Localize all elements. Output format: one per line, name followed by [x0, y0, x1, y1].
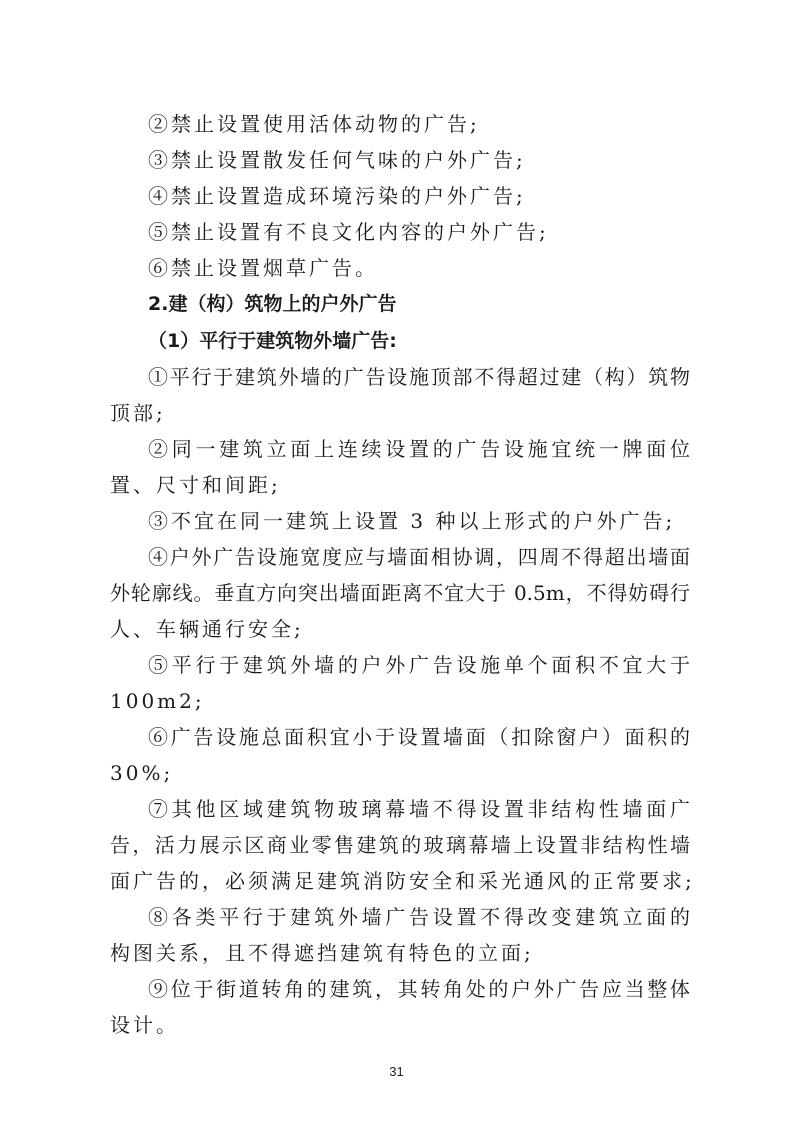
- paragraph-line: 面广告的，必须满足建筑消防安全和采光通风的正常要求;: [110, 868, 690, 894]
- paragraph-line: ⑨位于街道转角的建筑，其转角处的户外广告应当整体: [148, 976, 690, 1002]
- section-heading: 2.建（构）筑物上的户外广告: [148, 291, 728, 317]
- paragraph-line: ⑧各类平行于建筑外墙广告设置不得改变建筑立面的: [148, 904, 690, 930]
- paragraph-line: 设计。: [110, 1012, 690, 1038]
- paragraph-line: ④户外广告设施宽度应与墙面相协调，四周不得超出墙面: [148, 544, 690, 570]
- paragraph-line: 告，活力展示区商业零售建筑的玻璃幕墙上设置非结构性墙: [110, 832, 690, 858]
- paragraph-line: 30%;: [110, 760, 690, 786]
- section-heading: （1）平行于建筑物外墙广告:: [148, 328, 728, 354]
- paragraph-line: 人、车辆通行安全;: [110, 616, 690, 642]
- paragraph-line: ①平行于建筑外墙的广告设施顶部不得超过建（构）筑物: [148, 364, 690, 390]
- paragraph-line: 置、尺寸和间距;: [110, 472, 690, 498]
- paragraph-line: ⑥禁止设置烟草广告。: [148, 255, 728, 281]
- paragraph-line: ③不宜在同一建筑上设置 3 种以上形式的户外广告;: [148, 508, 728, 534]
- paragraph-line: ②禁止设置使用活体动物的广告;: [148, 111, 728, 137]
- paragraph-line: 100m2;: [110, 688, 690, 714]
- page-number: 31: [0, 1064, 793, 1079]
- document-page: ②禁止设置使用活体动物的广告;③禁止设置散发任何气味的户外广告;④禁止设置造成环…: [0, 0, 793, 1122]
- paragraph-line: ④禁止设置造成环境污染的户外广告;: [148, 183, 728, 209]
- paragraph-line: 构图关系，且不得遮挡建筑有特色的立面;: [110, 940, 690, 966]
- paragraph-line: ②同一建筑立面上连续设置的广告设施宜统一牌面位: [148, 436, 690, 462]
- paragraph-line: ⑦其他区域建筑物玻璃幕墙不得设置非结构性墙面广: [148, 796, 690, 822]
- paragraph-line: ⑤禁止设置有不良文化内容的户外广告;: [148, 219, 728, 245]
- paragraph-line: ⑥广告设施总面积宜小于设置墙面（扣除窗户）面积的: [148, 724, 690, 750]
- paragraph-line: ③禁止设置散发任何气味的户外广告;: [148, 147, 728, 173]
- paragraph-line: 顶部;: [110, 400, 690, 426]
- paragraph-line: 外轮廓线。垂直方向突出墙面距离不宜大于 0.5m，不得妨碍行: [110, 580, 690, 606]
- paragraph-line: ⑤平行于建筑外墙的户外广告设施单个面积不宜大于: [148, 652, 690, 678]
